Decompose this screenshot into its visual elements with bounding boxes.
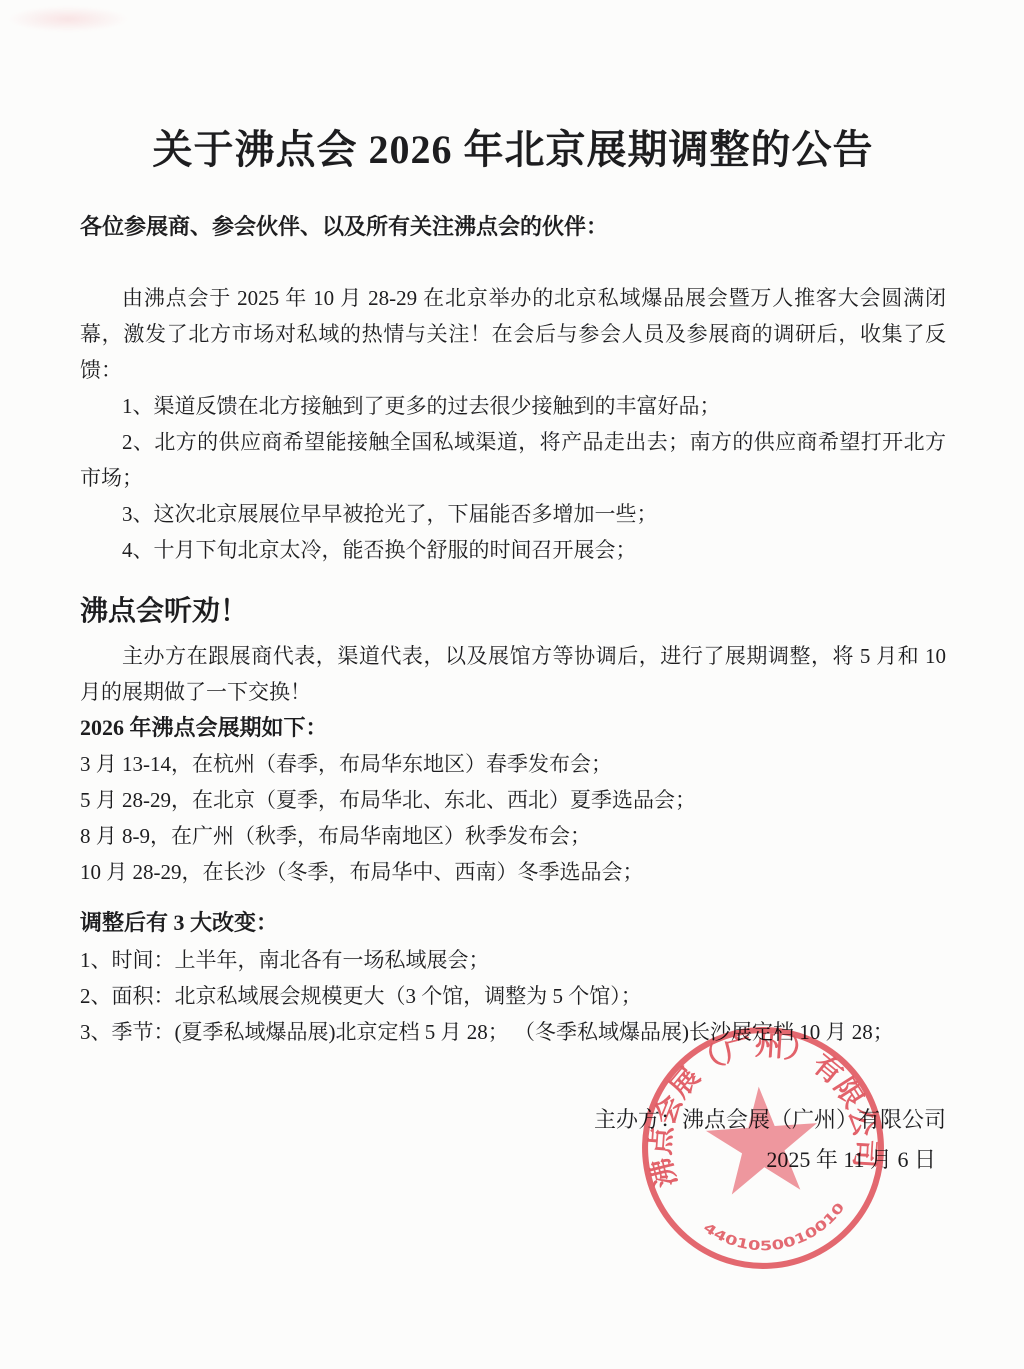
schedule-heading: 2026 年沸点会展期如下： xyxy=(80,710,946,746)
schedule-item: 8 月 8-9，在广州（秋季，布局华南地区）秋季发布会； xyxy=(80,818,946,854)
seal-number: 4401050010010 xyxy=(699,1200,851,1259)
feedback-item: 3、这次北京展展位早早被抢光了，下届能否多增加一些； xyxy=(80,496,946,532)
announcement-page: 关于沸点会 2026 年北京展期调整的公告 各位参展商、参会伙伴、以及所有关注沸… xyxy=(0,0,1024,1369)
intro-paragraph: 由沸点会于 2025 年 10 月 28-29 在北京举办的北京私域爆品展会暨万… xyxy=(80,280,946,388)
changes-item: 1、时间：上半年，南北各有一场私域展会； xyxy=(80,942,946,978)
listen-paragraph: 主办方在跟展商代表，渠道代表，以及展馆方等协调后，进行了展期调整，将 5 月和 … xyxy=(80,638,946,710)
listen-heading: 沸点会听劝！ xyxy=(80,592,946,632)
schedule-item: 5 月 28-29，在北京（夏季，布局华北、东北、西北）夏季选品会； xyxy=(80,782,946,818)
document-content: 关于沸点会 2026 年北京展期调整的公告 各位参展商、参会伙伴、以及所有关注沸… xyxy=(80,0,946,1180)
stamp-star-icon xyxy=(703,1083,821,1196)
schedule-item: 10 月 28-29，在长沙（冬季，布局华中、西南）冬季选品会； xyxy=(80,854,946,890)
feedback-list: 1、渠道反馈在北方接触到了更多的过去很少接触到的丰富好品； 2、北方的供应商希望… xyxy=(80,388,946,568)
salutation: 各位参展商、参会伙伴、以及所有关注沸点会的伙伴： xyxy=(80,210,946,244)
feedback-item: 2、北方的供应商希望能接触全国私域渠道，将产品走出去；南方的供应商希望打开北方市… xyxy=(80,424,946,496)
page-title: 关于沸点会 2026 年北京展期调整的公告 xyxy=(80,122,946,178)
changes-item: 2、面积：北京私域展会规模更大（3 个馆，调整为 5 个馆）； xyxy=(80,978,946,1014)
feedback-item: 4、十月下旬北京太冷，能否换个舒服的时间召开展会； xyxy=(80,532,946,568)
schedule-item: 3 月 13-14，在杭州（春季，布局华东地区）春季发布会； xyxy=(80,746,946,782)
seal-svg: 沸点会展（广州）有限公司 4401050010010 xyxy=(629,1014,898,1283)
schedule-list: 3 月 13-14，在杭州（春季，布局华东地区）春季发布会； 5 月 28-29… xyxy=(80,746,946,890)
feedback-item: 1、渠道反馈在北方接触到了更多的过去很少接触到的丰富好品； xyxy=(80,388,946,424)
company-seal-stamp: 沸点会展（广州）有限公司 4401050010010 xyxy=(629,1014,898,1283)
changes-heading: 调整后有 3 大改变： xyxy=(80,904,946,942)
svg-text:4401050010010: 4401050010010 xyxy=(699,1200,851,1259)
